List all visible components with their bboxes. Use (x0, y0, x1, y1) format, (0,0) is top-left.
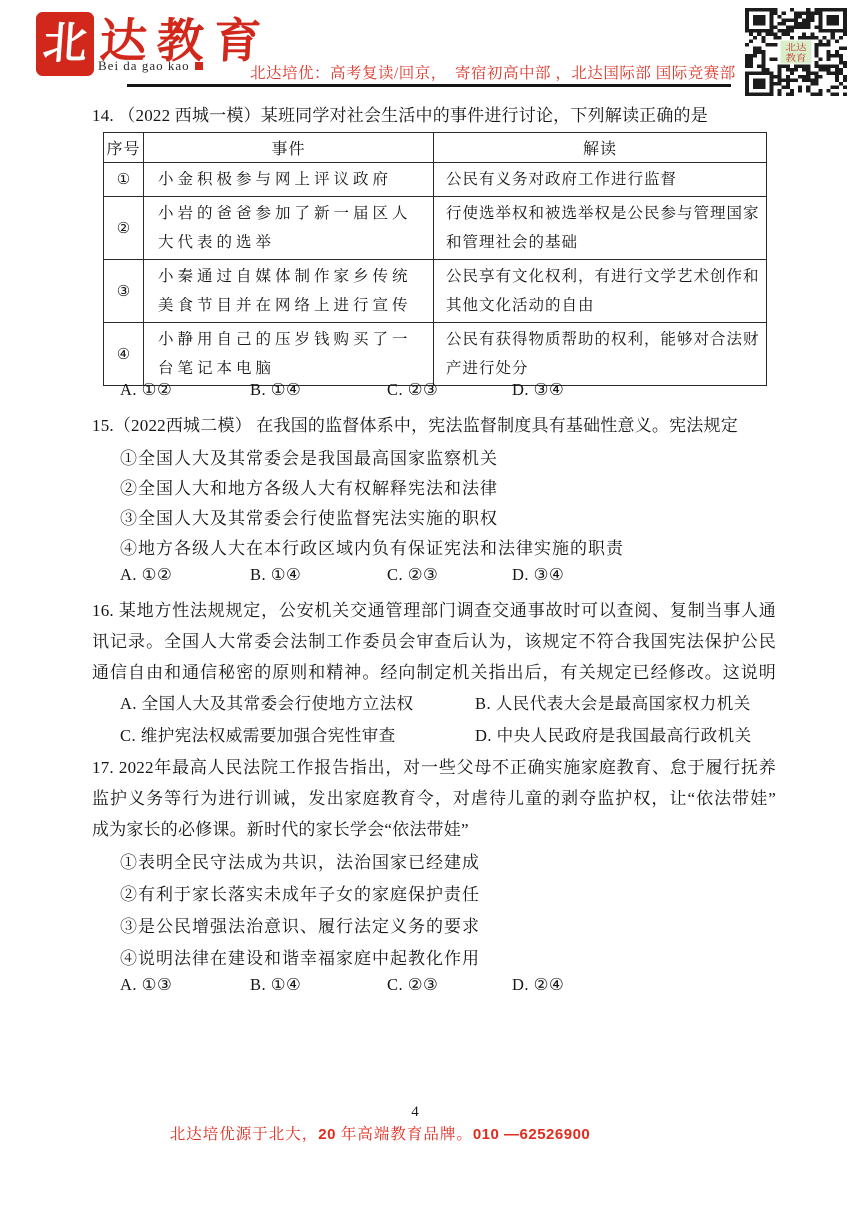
q17-stem-line: 成为家长的必修课。新时代的家长学会“依法带娃” (92, 815, 776, 846)
row-interp: 公民享有文化权利，有进行文学艺术创作和其他文化活动的自由 (434, 260, 767, 323)
q14-table: 序号 事件 解读 ① 小金积极参与网上评议政府 公民有义务对政府工作进行监督 ②… (103, 132, 767, 386)
row-no: ① (104, 163, 144, 197)
q16-options-row-2: C. 维护宪法权威需要加强合宪性审查 D. 中央人民政府是我国最高行政机关 (92, 722, 792, 746)
col-header-interp: 解读 (434, 133, 767, 163)
q16-stem-line: 16. 某地方性法规规定，公安机关交通管理部门调查交通事故时可以查阅、复制当事人… (92, 596, 776, 627)
table-row: ④ 小静用自己的压岁钱购买了一台笔记本电脑 公民有获得物质帮助的权利，能够对合法… (104, 323, 767, 386)
seal-character: 北 (41, 22, 88, 66)
table-row: ② 小岩的爸爸参加了新一届区人大代表的选举 行使选举权和被选举权是公民参与管理国… (104, 197, 767, 260)
q15-stem: 15.（2022西城二模） 在我国的监督体系中，宪法监督制度具有基础性意义。宪法… (92, 411, 738, 436)
q14-option-a: A. ①② (120, 380, 172, 400)
q17-option-b: B. ①④ (250, 975, 301, 995)
q15-option-b: B. ①④ (250, 565, 301, 585)
row-event: 小金积极参与网上评议政府 (144, 163, 434, 197)
header-tagline: 北达培优：高考复读/回京， 寄宿初高中部 ，北达国际部 国际竞赛部 (250, 61, 736, 83)
header-divider (127, 84, 731, 87)
row-event: 小静用自己的压岁钱购买了一台笔记本电脑 (144, 323, 434, 386)
q15-option-d: D. ③④ (512, 565, 564, 585)
q16-option-a: A. 全国人大及其常委会行使地方立法权 (120, 690, 414, 714)
red-square-icon (195, 62, 203, 70)
q17-statement-3: ③是公民增强法治意识、履行法定义务的要求 (120, 912, 480, 937)
q15-statement-2: ②全国人大和地方各级人大有权解释宪法和法律 (120, 474, 498, 499)
brand-seal-logo: 北 (36, 12, 94, 76)
footer-slogan-years: 20 (318, 1126, 336, 1143)
q17-options: A. ①③ B. ①④ C. ②③ D. ②④ (92, 975, 792, 999)
row-event: 小岩的爸爸参加了新一届区人大代表的选举 (144, 197, 434, 260)
footer-phone-number: 010 —62526900 (473, 1126, 590, 1143)
q16-stem-line: 通信自由和通信秘密的原则和精神。经向制定机关指出后，有关规定已经修改。这说明 (92, 658, 776, 689)
q14-stem: 14. （2022 西城一模）某班同学对社会生活中的事件进行讨论，下列解读正确的… (92, 101, 708, 126)
q17-stem-line: 监护义务等行为进行训诫，发出家庭教育令，对虐待儿童的剥夺监护权，让“依法带娃” (92, 784, 776, 815)
q16-option-c: C. 维护宪法权威需要加强合宪性审查 (120, 722, 396, 746)
col-header-no: 序号 (104, 133, 144, 163)
q14-options: A. ①② B. ①④ C. ②③ D. ③④ (92, 380, 792, 404)
q17-statement-1: ①表明全民守法成为共识，法治国家已经建成 (120, 848, 480, 873)
row-interp: 公民有义务对政府工作进行监督 (434, 163, 767, 197)
qr-code: 北达教育 (745, 8, 847, 96)
table-row: ③ 小秦通过自媒体制作家乡传统美食节目并在网络上进行宣传 公民享有文化权利，有进… (104, 260, 767, 323)
page-number: 4 (0, 1104, 830, 1121)
q14-option-b: B. ①④ (250, 380, 301, 400)
row-no: ② (104, 197, 144, 260)
table-header-row: 序号 事件 解读 (104, 133, 767, 163)
footer-slogan-part: 年高端教育品牌。 (336, 1126, 473, 1143)
row-interp: 行使选举权和被选举权是公民参与管理国家和管理社会的基础 (434, 197, 767, 260)
q15-option-c: C. ②③ (387, 565, 438, 585)
q17-option-a: A. ①③ (120, 975, 172, 995)
q17-option-d: D. ②④ (512, 975, 564, 995)
qr-code-icon: 北达教育 (745, 8, 847, 96)
brand-latin-subtitle: Bei da gao kao (98, 58, 203, 74)
q17-statement-4: ④说明法律在建设和谐幸福家庭中起教化作用 (120, 944, 480, 969)
brand-latin-text: Bei da gao kao (98, 58, 190, 73)
exam-page: 北 达教育 Bei da gao kao 北达培优：高考复读/回京， 寄宿初高中… (0, 0, 860, 1214)
q14-option-c: C. ②③ (387, 380, 438, 400)
q16-stem-line: 讯记录。全国人大常委会法制工作委员会审查后认为，该规定不符合我国宪法保护公民 (92, 627, 776, 658)
row-no: ③ (104, 260, 144, 323)
q15-statement-3: ③全国人大及其常委会行使监督宪法实施的职权 (120, 504, 498, 529)
footer-slogan-part: 北达培优源于北大， (170, 1126, 319, 1143)
q16-option-d: D. 中央人民政府是我国最高行政机关 (475, 722, 752, 746)
row-event: 小秦通过自媒体制作家乡传统美食节目并在网络上进行宣传 (144, 260, 434, 323)
q17-stem-line: 17. 2022年最高人民法院工作报告指出，对一些父母不正确实施家庭教育、怠于履… (92, 753, 776, 784)
col-header-event: 事件 (144, 133, 434, 163)
row-interp: 公民有获得物质帮助的权利，能够对合法财产进行处分 (434, 323, 767, 386)
svg-text:北达: 北达 (785, 41, 806, 53)
q15-option-a: A. ①② (120, 565, 172, 585)
q15-statement-4: ④地方各级人大在本行政区域内负有保证宪法和法律实施的职责 (120, 534, 624, 559)
q16-options-row-1: A. 全国人大及其常委会行使地方立法权 B. 人民代表大会是最高国家权力机关 (92, 690, 792, 714)
table-row: ① 小金积极参与网上评议政府 公民有义务对政府工作进行监督 (104, 163, 767, 197)
q15-statement-1: ①全国人大及其常委会是我国最高国家监察机关 (120, 444, 498, 469)
q15-options: A. ①② B. ①④ C. ②③ D. ③④ (92, 565, 792, 589)
q14-option-d: D. ③④ (512, 380, 564, 400)
q17-stem: 17. 2022年最高人民法院工作报告指出，对一些父母不正确实施家庭教育、怠于履… (92, 753, 776, 845)
footer-slogan: 北达培优源于北大，20 年高端教育品牌。010 —62526900 (0, 1122, 760, 1144)
q17-option-c: C. ②③ (387, 975, 438, 995)
q16-stem: 16. 某地方性法规规定，公安机关交通管理部门调查交通事故时可以查阅、复制当事人… (92, 596, 776, 688)
q17-statement-2: ②有利于家长落实未成年子女的家庭保护责任 (120, 880, 480, 905)
svg-text:教育: 教育 (785, 52, 806, 64)
row-no: ④ (104, 323, 144, 386)
q16-option-b: B. 人民代表大会是最高国家权力机关 (475, 690, 751, 714)
